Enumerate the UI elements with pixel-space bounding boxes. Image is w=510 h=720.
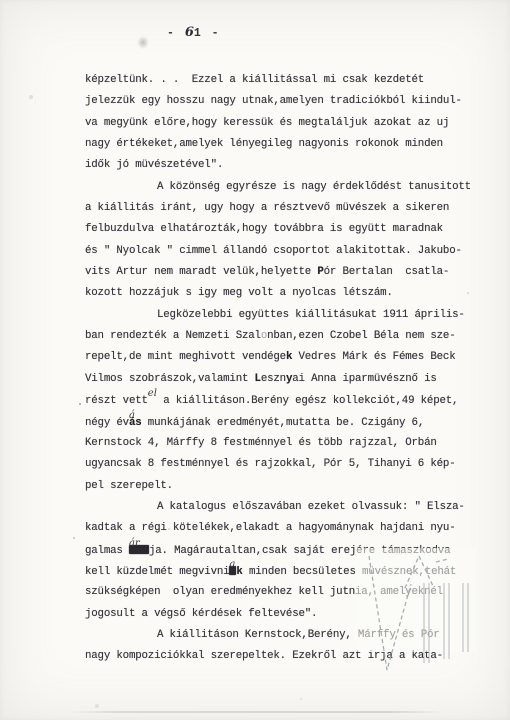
text-line: jelezzük egy hosszu nagy utnak,amelyen t… xyxy=(85,91,470,112)
text-line: vits Artur nem maradt velük,helyette Pór… xyxy=(85,262,470,283)
overstrike-bold: k xyxy=(286,351,292,363)
pencil-watermark xyxy=(352,544,482,684)
text-line: részt vettel a kiállitáson.Berény egész … xyxy=(85,390,470,411)
faint-char: o xyxy=(261,330,267,342)
text-line: felbuzdulva elhatározták,hogy továbbra i… xyxy=(85,219,470,240)
handwritten-insert: el xyxy=(148,383,157,404)
text-line: képzeltünk. . . Ezzel a kiállitással mi … xyxy=(85,70,470,91)
page-number: - 61 - xyxy=(167,25,221,40)
text-line: va megyünk előre,hogy keressük és megtal… xyxy=(85,113,470,134)
text-line: ban rendezték a Nemzeti Szalonban,ezen C… xyxy=(85,326,470,347)
overstrike-bold: y xyxy=(286,373,292,385)
text-line: és " Nyolcak " cimmel állandó csoportot … xyxy=(85,241,470,262)
text-line: Kernstock 4, Márffy 8 festménnyel és töb… xyxy=(85,433,470,454)
text-line: a kiállitás iránt, ugy hogy a résztvevő … xyxy=(85,198,470,219)
page-number-suffix: 1 - xyxy=(194,27,221,40)
text-line: idők jó müvészetével". xyxy=(85,155,470,176)
scan-shadow xyxy=(70,711,445,713)
text-line: A közönség egyrésze is nagy érdeklődést … xyxy=(85,177,470,198)
watermark-vertical-bars xyxy=(424,583,468,663)
text-line: A katalogus előszavában ezeket olvassuk:… xyxy=(85,497,470,518)
overstrike-bold: P xyxy=(317,266,323,278)
text-line: Vilmos szobrászok,valamint Lesznyai Anna… xyxy=(85,369,470,390)
page-number-prefix: - xyxy=(167,27,185,40)
text-line: nagy értékeket,amelyek lényegileg nagyon… xyxy=(85,134,470,155)
text-line: repelt,de mint meghivott vendégek Vedres… xyxy=(85,347,470,368)
text-line: kadtak a régi kötelékek,elakadt a hagyom… xyxy=(85,518,470,539)
overstrike-bold: k xyxy=(236,566,242,578)
text-line: ugyancsak 8 festménnyel és rajzokkal, Pó… xyxy=(85,454,470,475)
corrected-digit: 6 xyxy=(185,25,194,40)
text-line: pel szerepelt. xyxy=(85,476,470,497)
text-line: kozott hozzájuk s igy meg volt a nyolcas… xyxy=(85,283,470,304)
document-page: - 61 - képzeltünk. . . Ezzel a kiállitás… xyxy=(0,0,510,720)
overstrike-bold: L xyxy=(255,373,261,385)
smudge-mark xyxy=(137,36,149,49)
text-line: Legközelebbi együttes kiállitásukat 1911… xyxy=(85,305,470,326)
paper-specks xyxy=(0,0,2,2)
text-line: négy éváás munkájának eredményét,mutatta… xyxy=(85,412,470,433)
watermark-v-stroke xyxy=(369,556,448,670)
